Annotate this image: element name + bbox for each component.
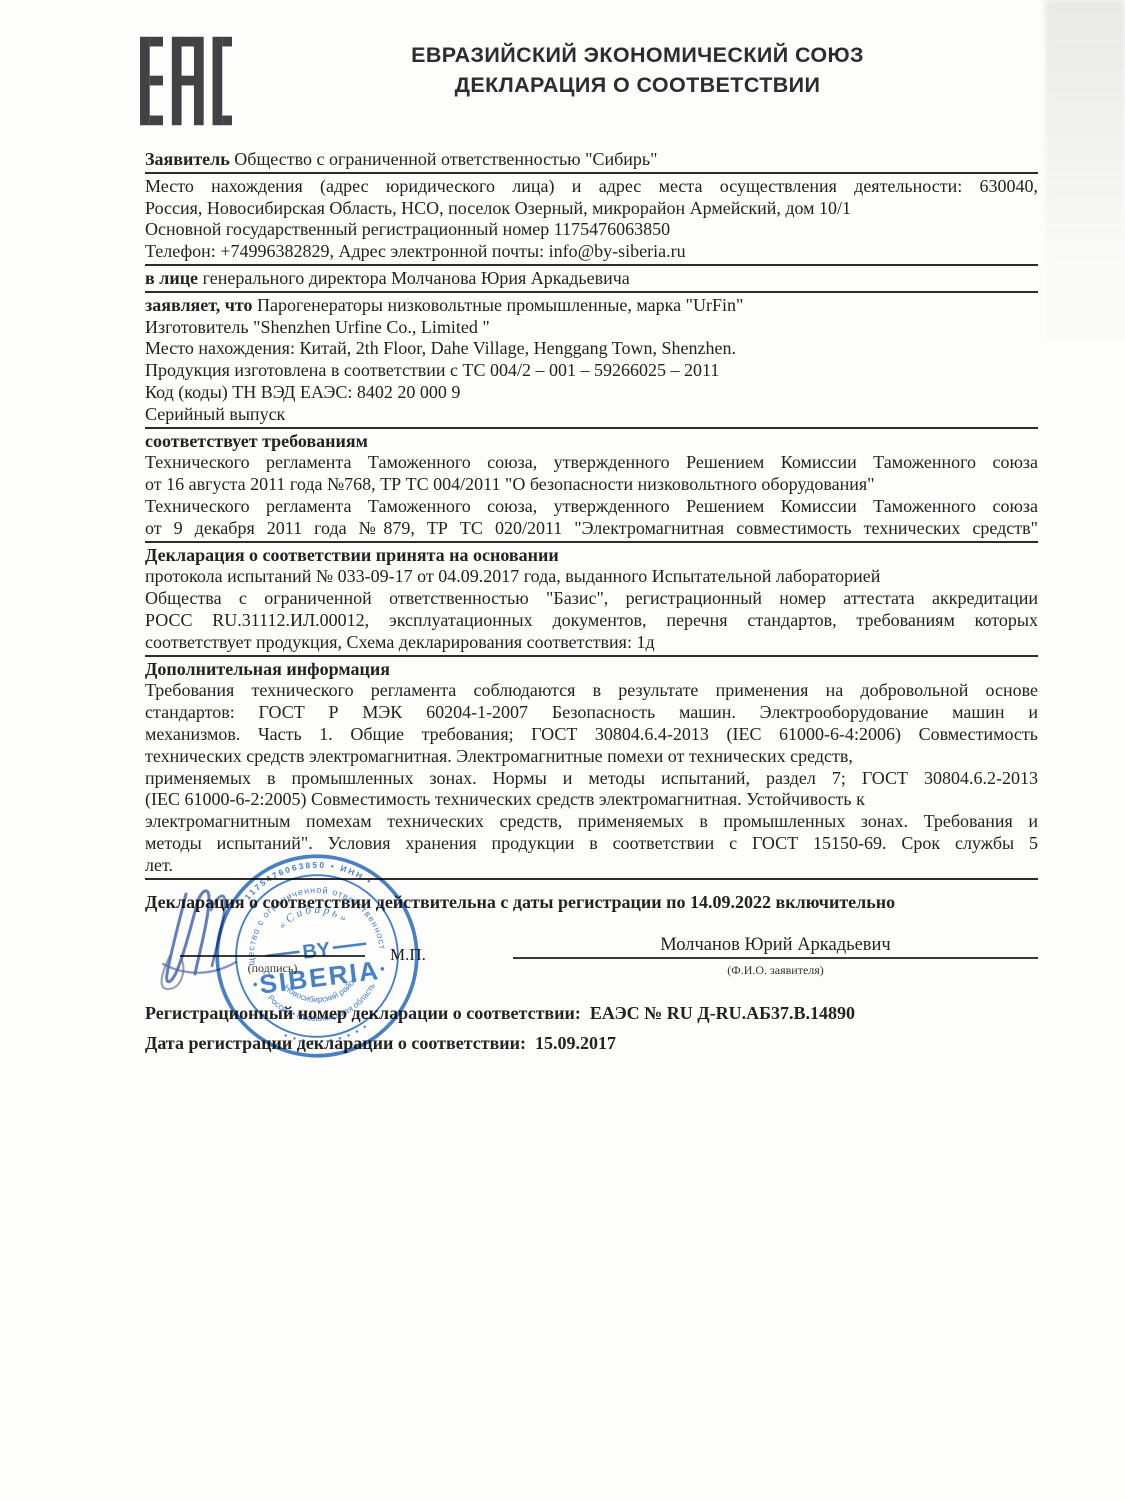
declares-value: Парогенераторы низковольтные промышленны…: [257, 295, 743, 315]
address-line: Россия, Новосибирская Область, НСО, посе…: [145, 198, 1038, 220]
person-label: в лице: [145, 268, 198, 288]
section-requirements: соответствует требованиям Технического р…: [145, 431, 1038, 543]
basis-line: протокола испытаний № 033-09-17 от 04.09…: [145, 566, 1038, 588]
registration-block: Регистрационный номер декларации о соотв…: [145, 1002, 1038, 1054]
section-address: Место нахождения (адрес юридического лиц…: [145, 176, 1038, 266]
basis-line: Общества с ограниченной ответственностью…: [145, 588, 1038, 610]
fio-area: Молчанов Юрий Аркадьевич (Ф.И.О. заявите…: [513, 935, 1038, 982]
additional-line: (IEC 61000-6-2:2005) Совместимость техни…: [145, 789, 1038, 811]
stamp-place-mark: М.П.: [390, 944, 426, 966]
product-line: Место нахождения: Китай, 2th Floor, Dahe…: [145, 338, 1038, 360]
basis-line: РОСС RU.31112.ИЛ.00012, эксплуатационных…: [145, 610, 1038, 632]
person-line: в лице генерального директора Молчанова …: [145, 268, 1038, 290]
additional-line: Требования технического регламента соблю…: [145, 680, 1038, 702]
section-person: в лице генерального директора Молчанова …: [145, 268, 1038, 293]
basis-line: соответствует продукция, Схема деклариро…: [145, 632, 1038, 654]
requirements-line: от 9 декабря 2011 года №879, ТР ТС 020/2…: [145, 518, 1038, 540]
applicant-line: Заявитель Общество с ограниченной ответс…: [145, 149, 1038, 171]
address-line: Место нахождения (адрес юридического лиц…: [145, 176, 1038, 198]
section-applicant: Заявитель Общество с ограниченной ответс…: [145, 149, 1038, 174]
requirements-heading: соответствует требованиям: [145, 431, 1038, 453]
additional-line: применяемых в промышленных зонах. Нормы …: [145, 768, 1038, 790]
applicant-label: Заявитель: [145, 149, 230, 169]
product-line: Изготовитель "Shenzhen Urfine Co., Limit…: [145, 317, 1038, 339]
requirements-line: Технического регламента Таможенного союз…: [145, 452, 1038, 474]
registration-date-label: Дата регистрации декларации о соответств…: [145, 1033, 526, 1053]
additional-line: технических средств электромагнитная. Эл…: [145, 746, 1038, 768]
additional-line: механизмов. Часть 1. Общие требования; Г…: [145, 724, 1038, 746]
additional-line: методы испытаний". Условия хранения прод…: [145, 833, 1038, 855]
address-line: Телефон: +74996382829, Адрес электронной…: [145, 241, 1038, 263]
document-page: ЕВРАЗИЙСКИЙ ЭКОНОМИЧЕСКИЙ СОЮЗ ДЕКЛАРАЦИ…: [0, 0, 1125, 1500]
signature-caption: (подпись): [180, 957, 365, 980]
section-basis: Декларация о соответствии принята на осн…: [145, 545, 1038, 657]
registration-number-label: Регистрационный номер декларации о соотв…: [145, 1003, 581, 1023]
product-line: Код (коды) ТН ВЭД ЕАЭС: 8402 20 000 9: [145, 382, 1038, 404]
signature-block: (подпись) М.П. Молчанов Юрий Аркадьевич …: [145, 935, 1038, 982]
signature-line: [180, 935, 365, 957]
declares-label: заявляет, что: [145, 295, 253, 315]
additional-heading: Дополнительная информация: [145, 659, 1038, 681]
section-product: заявляет, что Парогенераторы низковольтн…: [145, 295, 1038, 429]
additional-line: стандартов: ГОСТ Р МЭК 60204-1-2007 Безо…: [145, 702, 1038, 724]
requirements-line: Технического регламента Таможенного союз…: [145, 496, 1038, 518]
product-line: Продукция изготовлена в соответствии с Т…: [145, 360, 1038, 382]
registration-number-line: Регистрационный номер декларации о соотв…: [145, 1002, 1038, 1024]
basis-heading: Декларация о соответствии принята на осн…: [145, 545, 1038, 567]
declares-line: заявляет, что Парогенераторы низковольтн…: [145, 295, 1038, 317]
fio-caption: (Ф.И.О. заявителя): [513, 959, 1038, 982]
title-line-union: ЕВРАЗИЙСКИЙ ЭКОНОМИЧЕСКИЙ СОЮЗ: [330, 40, 945, 70]
registration-date-line: Дата регистрации декларации о соответств…: [145, 1032, 1038, 1054]
validity-statement: Декларация о соответствии действительна …: [145, 892, 1038, 914]
registration-date-value: 15.09.2017: [535, 1033, 616, 1053]
product-line: Серийный выпуск: [145, 404, 1038, 426]
page-title: ЕВРАЗИЙСКИЙ ЭКОНОМИЧЕСКИЙ СОЮЗ ДЕКЛАРАЦИ…: [330, 40, 945, 100]
scan-artifact-shade: [1045, 0, 1125, 340]
title-line-declaration: ДЕКЛАРАЦИЯ О СООТВЕТСТВИИ: [330, 70, 945, 100]
person-value: генерального директора Молчанова Юрия Ар…: [203, 268, 630, 288]
requirements-line: от 16 августа 2011 года №768, ТР ТС 004/…: [145, 474, 1038, 496]
registration-number-value: ЕАЭС № RU Д-RU.АБ37.В.14890: [590, 1003, 855, 1023]
signature-area: (подпись): [180, 935, 365, 980]
applicant-value: Общество с ограниченной ответственностью…: [234, 149, 657, 169]
fio-name: Молчанов Юрий Аркадьевич: [513, 935, 1038, 957]
section-additional: Дополнительная информация Требования тех…: [145, 659, 1038, 880]
eac-mark-icon: [140, 32, 232, 130]
additional-line: электромагнитным помехам технических сре…: [145, 811, 1038, 833]
address-line: Основной государственный регистрационный…: [145, 219, 1038, 241]
document-body: Заявитель Общество с ограниченной ответс…: [145, 149, 1038, 1054]
additional-line: лет.: [145, 855, 1038, 877]
